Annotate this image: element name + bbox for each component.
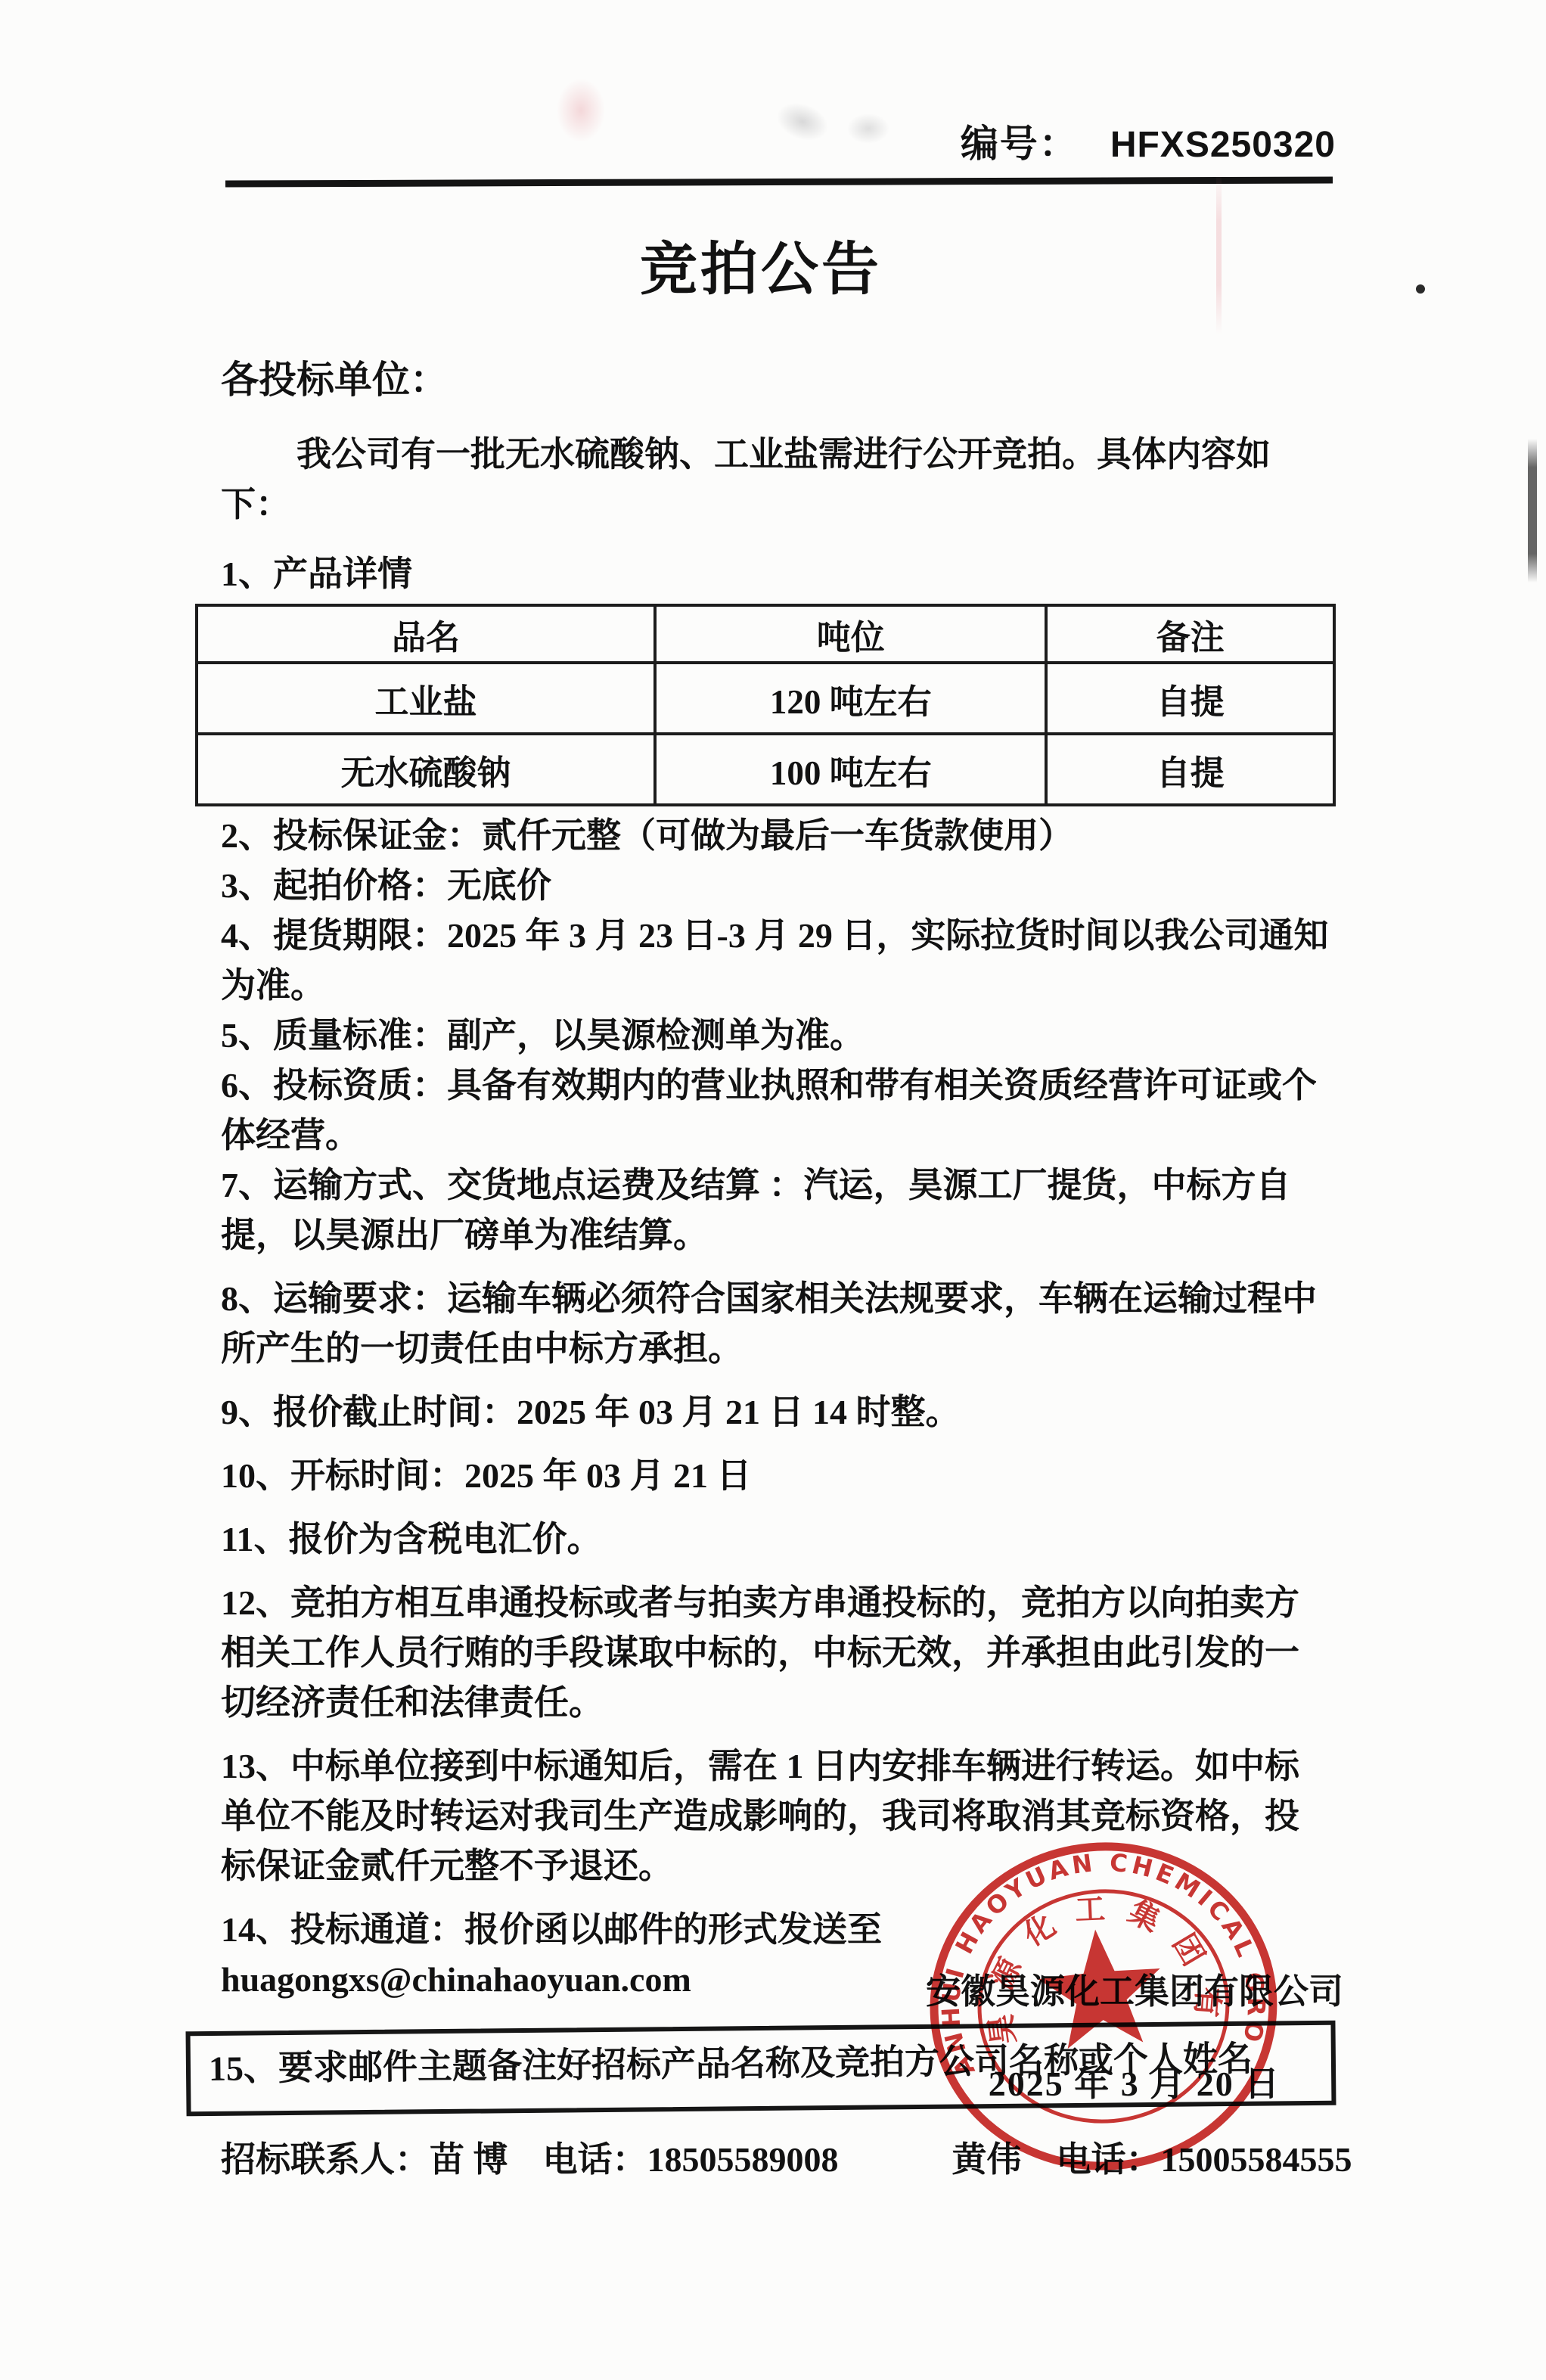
list-item: 6、投标资质：具备有效期内的营业执照和带有相关资质经营许可证或个体经营。 <box>221 1061 1333 1160</box>
list-item: 12、竞拍方相互串通投标或者与拍卖方串通投标的，竞拍方以向拍卖方相关工作人员行贿… <box>221 1578 1333 1728</box>
list-item: 7、运输方式、交货地点运费及结算 ：汽运，昊源工厂提货，中标方自提，以昊源出厂磅… <box>221 1160 1333 1260</box>
list-item: 2、投标保证金：贰仟元整（可做为最后一车货款使用） <box>221 811 1333 861</box>
table-cell-name: 无水硫酸钠 <box>197 734 655 805</box>
document-number-line: 编号：HFXS250320 <box>186 113 1336 168</box>
table-cell-remark: 自提 <box>1046 663 1334 734</box>
list-item: 4、提货期限：2025 年 3 月 23 日-3 月 29 日，实际拉货时间以我… <box>221 911 1333 1011</box>
company-seal-stamp: ANHUI HAOYUAN CHEMICAL GROUP CO.,LTD. 昊源… <box>911 1823 1298 2190</box>
product-table: 品名 吨位 备注 工业盐 120 吨左右 自提 无水硫酸钠 100 吨左右 自提 <box>195 604 1336 806</box>
table-row: 工业盐 120 吨左右 自提 <box>197 663 1334 734</box>
table-cell-tonnage: 120 吨左右 <box>655 663 1046 734</box>
salutation: 各投标单位： <box>221 350 1336 404</box>
list-item: 10、开标时间：2025 年 03 月 21 日 <box>221 1451 1333 1501</box>
numbered-items: 2、投标保证金：贰仟元整（可做为最后一车货款使用） 3、起拍价格：无底价 4、提… <box>221 811 1333 2005</box>
list-item: 8、运输要求：运输车辆必须符合国家相关法规要求，车辆在运输过程中所产生的一切责任… <box>221 1274 1333 1374</box>
section1-heading: 1、产品详情 <box>221 546 1336 596</box>
table-cell-tonnage: 100 吨左右 <box>655 734 1046 805</box>
table-header-remark: 备注 <box>1046 605 1334 663</box>
document-number-label: 编号： <box>961 123 1079 165</box>
list-item: 11、报价为含税电汇价。 <box>221 1515 1333 1564</box>
list-item: 5、质量标准：副产，以昊源检测单为准。 <box>221 1011 1333 1061</box>
list-item: 3、起拍价格：无底价 <box>221 861 1333 911</box>
intro-paragraph: 我公司有一批无水硫酸钠、工业盐需进行公开竞拍。具体内容如下： <box>221 427 1336 527</box>
table-header-row: 品名 吨位 备注 <box>197 605 1334 663</box>
table-cell-name: 工业盐 <box>197 663 655 734</box>
list-item: 9、报价截止时间：2025 年 03 月 21 日 14 时整。 <box>221 1387 1333 1437</box>
document-number-value: HFXS250320 <box>1110 125 1336 165</box>
scan-artifact-edge <box>1528 439 1537 583</box>
table-header-name: 品名 <box>197 605 655 663</box>
scan-artifact-dot <box>1416 284 1425 294</box>
contact-person-1: 招标联系人：苗 博 电话：18505589008 <box>221 2132 839 2182</box>
header-divider-rule <box>225 176 1333 187</box>
page-title: 竞拍公告 <box>186 223 1336 306</box>
table-row: 无水硫酸钠 100 吨左右 自提 <box>197 734 1334 805</box>
table-header-tonnage: 吨位 <box>655 605 1046 663</box>
scanned-document-page: 编号：HFXS250320 竞拍公告 各投标单位： 我公司有一批无水硫酸钠、工业… <box>0 0 1546 2380</box>
star-icon <box>1035 1925 1166 2051</box>
table-cell-remark: 自提 <box>1046 734 1334 805</box>
